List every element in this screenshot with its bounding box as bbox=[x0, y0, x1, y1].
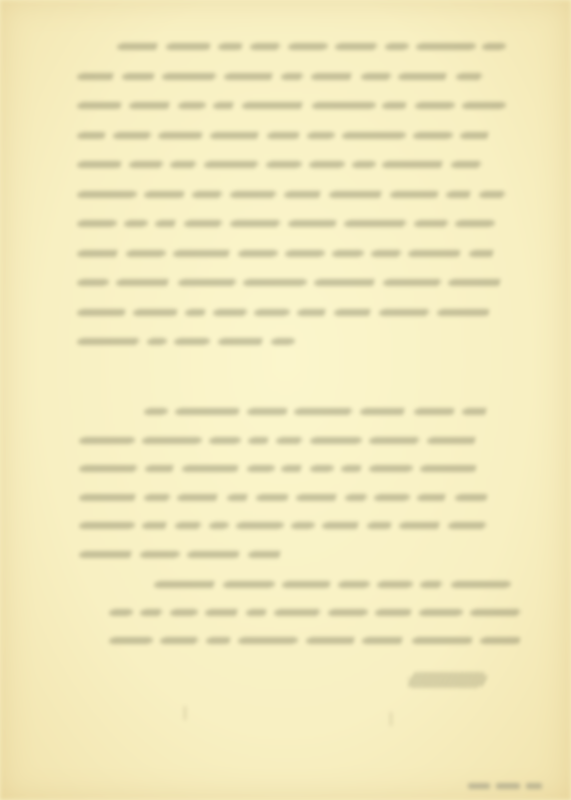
word-mark bbox=[446, 191, 472, 198]
word-mark bbox=[379, 309, 430, 316]
word-mark bbox=[322, 522, 360, 529]
word-mark bbox=[77, 73, 116, 80]
word-mark bbox=[341, 132, 406, 139]
word-mark bbox=[479, 191, 506, 198]
word-mark bbox=[371, 250, 402, 257]
word-mark bbox=[206, 637, 232, 644]
word-mark bbox=[124, 220, 148, 227]
word-mark bbox=[385, 43, 409, 50]
word-mark bbox=[174, 338, 210, 345]
word-mark bbox=[175, 408, 240, 415]
word-mark bbox=[427, 437, 477, 444]
word-mark bbox=[160, 637, 199, 644]
word-mark bbox=[144, 408, 168, 415]
word-mark bbox=[448, 279, 502, 286]
word-mark bbox=[344, 220, 407, 227]
word-mark bbox=[295, 494, 337, 501]
word-mark bbox=[210, 132, 260, 139]
word-mark bbox=[335, 43, 378, 50]
word-mark bbox=[79, 494, 137, 501]
archive-stamp bbox=[468, 783, 548, 791]
text-line bbox=[78, 308, 505, 317]
word-mark bbox=[455, 494, 489, 501]
word-mark bbox=[77, 250, 120, 257]
word-mark bbox=[420, 465, 478, 472]
word-mark bbox=[205, 609, 239, 616]
word-mark bbox=[311, 102, 375, 109]
word-mark bbox=[227, 494, 250, 501]
word-mark bbox=[297, 309, 327, 316]
word-mark bbox=[230, 220, 281, 227]
word-mark bbox=[382, 102, 408, 109]
word-mark bbox=[177, 494, 219, 501]
word-mark bbox=[170, 161, 197, 168]
word-mark bbox=[437, 309, 490, 316]
word-mark bbox=[285, 250, 325, 257]
text-line bbox=[155, 580, 520, 589]
word-mark bbox=[451, 161, 482, 168]
word-mark bbox=[382, 161, 444, 168]
text-line bbox=[80, 493, 500, 502]
word-mark bbox=[223, 581, 276, 588]
word-mark bbox=[77, 338, 140, 345]
word-mark bbox=[213, 309, 248, 316]
word-mark bbox=[166, 43, 212, 50]
word-mark bbox=[367, 522, 392, 529]
word-mark bbox=[284, 191, 322, 198]
word-mark bbox=[133, 309, 178, 316]
letter-page bbox=[0, 0, 571, 800]
word-mark bbox=[144, 494, 171, 501]
text-line bbox=[78, 190, 505, 199]
word-mark bbox=[267, 132, 300, 139]
word-mark bbox=[112, 132, 151, 139]
word-mark bbox=[398, 73, 449, 80]
word-mark bbox=[309, 161, 345, 168]
word-mark bbox=[311, 73, 354, 80]
word-mark bbox=[184, 220, 223, 227]
word-mark bbox=[420, 581, 444, 588]
word-mark bbox=[155, 220, 177, 227]
fold-mark bbox=[390, 712, 392, 726]
word-mark bbox=[416, 43, 476, 50]
word-mark bbox=[236, 522, 284, 529]
word-mark bbox=[178, 279, 237, 286]
word-mark bbox=[204, 161, 259, 168]
word-mark bbox=[276, 437, 303, 444]
word-mark bbox=[145, 465, 176, 472]
word-mark bbox=[247, 465, 275, 472]
word-mark bbox=[266, 161, 302, 168]
word-mark bbox=[419, 609, 464, 616]
word-mark bbox=[250, 43, 281, 50]
word-mark bbox=[238, 250, 279, 257]
word-mark bbox=[314, 279, 376, 286]
word-mark bbox=[455, 220, 495, 227]
text-line bbox=[78, 72, 505, 81]
word-mark bbox=[479, 637, 521, 644]
word-mark bbox=[329, 191, 383, 198]
word-mark bbox=[460, 132, 491, 139]
word-mark bbox=[209, 522, 229, 529]
word-mark bbox=[170, 609, 199, 616]
word-mark bbox=[213, 102, 236, 109]
word-mark bbox=[281, 465, 303, 472]
word-mark bbox=[77, 191, 137, 198]
word-mark bbox=[288, 43, 328, 50]
word-mark bbox=[209, 437, 241, 444]
word-mark bbox=[141, 522, 167, 529]
text-line bbox=[80, 550, 281, 559]
word-mark bbox=[334, 309, 372, 316]
word-mark bbox=[254, 309, 290, 316]
signature bbox=[405, 672, 489, 688]
word-mark bbox=[412, 637, 473, 644]
word-mark bbox=[224, 73, 274, 80]
word-mark bbox=[173, 250, 231, 257]
word-mark bbox=[147, 338, 168, 345]
word-mark bbox=[413, 132, 453, 139]
text-line bbox=[78, 337, 294, 346]
word-mark bbox=[248, 437, 269, 444]
word-mark bbox=[77, 132, 106, 139]
word-mark bbox=[294, 408, 354, 415]
word-mark bbox=[144, 191, 185, 198]
text-line bbox=[78, 160, 505, 169]
word-mark bbox=[369, 465, 413, 472]
text-line bbox=[80, 464, 500, 473]
text-line bbox=[80, 436, 500, 445]
word-mark bbox=[414, 220, 449, 227]
word-mark bbox=[158, 132, 203, 139]
word-mark bbox=[382, 279, 441, 286]
word-mark bbox=[109, 637, 153, 644]
word-mark bbox=[243, 279, 307, 286]
word-mark bbox=[448, 522, 487, 529]
word-mark bbox=[79, 465, 138, 472]
word-mark bbox=[142, 437, 203, 444]
text-line bbox=[78, 101, 505, 110]
word-mark bbox=[117, 43, 159, 50]
text-line bbox=[78, 249, 505, 258]
word-mark bbox=[462, 408, 488, 415]
word-mark bbox=[310, 437, 362, 444]
word-mark bbox=[482, 43, 506, 50]
word-mark bbox=[242, 102, 305, 109]
word-mark bbox=[128, 161, 163, 168]
word-mark bbox=[414, 102, 454, 109]
word-mark bbox=[178, 102, 206, 109]
word-mark bbox=[310, 465, 334, 472]
word-mark bbox=[256, 494, 289, 501]
word-mark bbox=[361, 73, 392, 80]
word-mark bbox=[77, 309, 126, 316]
word-mark bbox=[79, 437, 135, 444]
word-mark bbox=[247, 551, 281, 558]
text-line bbox=[80, 521, 500, 530]
word-mark bbox=[140, 551, 181, 558]
text-line bbox=[110, 636, 520, 645]
word-mark bbox=[328, 609, 368, 616]
word-mark bbox=[450, 581, 510, 588]
word-mark bbox=[461, 102, 506, 109]
text-line bbox=[78, 131, 505, 140]
word-mark bbox=[352, 161, 376, 168]
word-mark bbox=[77, 161, 122, 168]
word-mark bbox=[341, 465, 362, 472]
word-mark bbox=[470, 609, 521, 616]
word-mark bbox=[246, 408, 287, 415]
word-mark bbox=[154, 581, 216, 588]
word-mark bbox=[246, 609, 268, 616]
text-line bbox=[118, 42, 505, 51]
word-mark bbox=[271, 338, 295, 345]
word-mark bbox=[374, 494, 410, 501]
word-mark bbox=[417, 494, 448, 501]
fold-mark bbox=[184, 706, 186, 720]
word-mark bbox=[332, 250, 364, 257]
word-mark bbox=[122, 73, 155, 80]
word-mark bbox=[109, 609, 133, 616]
word-mark bbox=[175, 522, 203, 529]
text-line bbox=[145, 407, 500, 416]
word-mark bbox=[79, 551, 133, 558]
word-mark bbox=[456, 73, 483, 80]
word-mark bbox=[129, 102, 171, 109]
word-mark bbox=[162, 73, 217, 80]
word-mark bbox=[185, 309, 206, 316]
text-line bbox=[78, 219, 505, 228]
word-mark bbox=[218, 43, 243, 50]
word-mark bbox=[140, 609, 163, 616]
word-mark bbox=[182, 465, 240, 472]
word-mark bbox=[377, 581, 413, 588]
word-mark bbox=[282, 581, 331, 588]
word-mark bbox=[307, 132, 335, 139]
word-mark bbox=[77, 102, 122, 109]
word-mark bbox=[77, 220, 118, 227]
word-mark bbox=[288, 220, 337, 227]
word-mark bbox=[362, 637, 405, 644]
word-mark bbox=[281, 73, 305, 80]
word-mark bbox=[192, 191, 223, 198]
word-mark bbox=[126, 250, 166, 257]
word-mark bbox=[187, 551, 241, 558]
word-mark bbox=[217, 338, 264, 345]
word-mark bbox=[399, 522, 441, 529]
word-mark bbox=[408, 250, 462, 257]
word-mark bbox=[229, 191, 276, 198]
word-mark bbox=[338, 581, 370, 588]
word-mark bbox=[238, 637, 299, 644]
word-mark bbox=[79, 522, 135, 529]
word-mark bbox=[116, 279, 171, 286]
text-line bbox=[110, 608, 520, 617]
word-mark bbox=[305, 637, 355, 644]
word-mark bbox=[390, 191, 440, 198]
word-mark bbox=[77, 279, 109, 286]
word-mark bbox=[274, 609, 321, 616]
word-mark bbox=[375, 609, 412, 616]
word-mark bbox=[344, 494, 367, 501]
word-mark bbox=[414, 408, 455, 415]
word-mark bbox=[291, 522, 315, 529]
text-line bbox=[78, 278, 505, 287]
word-mark bbox=[469, 250, 495, 257]
word-mark bbox=[369, 437, 421, 444]
word-mark bbox=[360, 408, 407, 415]
